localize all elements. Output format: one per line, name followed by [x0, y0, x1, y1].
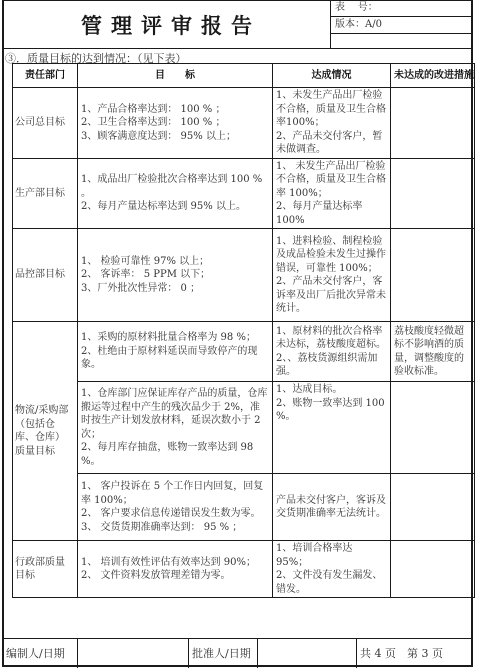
status-item: 2、产品未交付客户，客诉率及出厂后批次异常未统计。: [276, 275, 387, 316]
goal-item: 1、 培训有效性评估有效率达到 90%；: [81, 556, 269, 570]
goal-item: 1、产品合格率达到： 100 % ；: [81, 103, 269, 117]
goal-item: 1、仓库部门应保证库存产品的质量，仓库搬运等过程中产生的残次品少于 2%，准时按…: [81, 387, 269, 441]
goals-cell: 1、仓库部门应保证库存产品的质量，仓库搬运等过程中产生的残次品少于 2%，准时按…: [78, 382, 273, 474]
status-cell: 1、原材料的批次合格率未达标，荔枝酸度超标。 2、、荔枝货源组织需加强。: [273, 322, 391, 382]
header-divider: [2, 48, 473, 49]
goals-cell: 1、产品合格率达到： 100 % ； 2、卫生合格率达到： 100 % ； 3、…: [78, 88, 273, 159]
table-row: 公司总目标 1、产品合格率达到： 100 % ； 2、卫生合格率达到： 100 …: [13, 88, 475, 159]
table-row: 1、 客户投诉在 5 个工作日内回复，回复率 100%； 2、 客户要求信息传递…: [13, 474, 475, 541]
goal-item: 2、 客户要求信息传递错误发生数为零。: [81, 507, 269, 521]
table-row: 生产部目标 1、成品出厂检验批次合格率达到 100 % 。 2、每月产量达标率达…: [13, 158, 475, 229]
page-info: 共 4 页 第 3 页: [356, 639, 475, 668]
improvement-cell: [391, 229, 475, 322]
dept-cell: 公司总目标: [13, 88, 78, 159]
prepared-by-label: 编制人/日期: [2, 639, 81, 668]
signature-footer: 编制人/日期 批准人/日期 共 4 页 第 3 页: [2, 638, 473, 667]
column-header-goals: 目 标: [78, 64, 273, 88]
status-item: 1、培训合格率达 95%；: [276, 542, 387, 569]
status-item: 2、、荔枝货源组织需加强。: [276, 352, 387, 379]
goal-item: 2、杜绝由于原材料延误而导致停产的现象。: [81, 345, 269, 372]
quality-goals-table: 责任部门 目 标 达成情况 未达成的改进措施 公司总目标 1、产品合格率达到： …: [12, 63, 475, 598]
status-item: 1、原材料的批次合格率未达标，荔枝酸度超标。: [276, 325, 387, 352]
improvement-cell: [391, 541, 475, 598]
goals-cell: 1、采购的原材料批量合格率为 98 %； 2、杜绝由于原材料延误而导致停产的现象…: [78, 322, 273, 382]
dept-cell: 生产部目标: [13, 158, 78, 229]
approved-by-field[interactable]: [257, 639, 360, 668]
goal-item: 2、每月产量达标率达到 95% 以上。: [81, 200, 269, 214]
goals-cell: 1、 培训有效性评估有效率达到 90%； 2、 文件资料发放管理差错为零。: [78, 541, 273, 598]
status-cell: 1、未发生产品出厂检验不合格，质量及卫生合格率100%； 2、产品未交付客户，暂…: [273, 88, 391, 159]
status-cell: 1、培训合格率达 95%； 2、文件没有发生漏发、错发。: [273, 541, 391, 598]
table-row: 1、仓库部门应保证库存产品的质量，仓库搬运等过程中产生的残次品少于 2%，准时按…: [13, 382, 475, 474]
status-item: 2、文件没有发生漏发、错发。: [276, 569, 387, 596]
prepared-by-field[interactable]: [77, 639, 192, 668]
header-info-block: 表 号： 版本：A/0: [330, 0, 473, 49]
status-cell: 产品未交付客户，客诉及交货期准确率无法统计。: [273, 474, 391, 541]
status-item: 2、账物一致率达到 100 %。: [276, 397, 387, 424]
column-header-dept: 责任部门: [13, 64, 78, 88]
status-item: 2、产品未交付客户，暂未做调查。: [276, 130, 387, 157]
status-item: 1、达成目标。: [276, 383, 387, 397]
status-item: 1、 未发生产品出厂检验不合格，质量及卫生合格率 100%；: [276, 160, 387, 201]
table-row: 行政部质量目标 1、 培训有效性评估有效率达到 90%； 2、 文件资料发放管理…: [13, 541, 475, 598]
approved-by-label: 批准人/日期: [188, 639, 261, 668]
column-header-status: 达成情况: [273, 64, 391, 88]
table-header-row: 责任部门 目 标 达成情况 未达成的改进措施: [13, 64, 475, 88]
goals-cell: 1、 检验可靠性 97% 以上； 2、 客诉率： 5 PPM 以下； 3、厂外批…: [78, 229, 273, 322]
status-cell: 1、 未发生产品出厂检验不合格，质量及卫生合格率 100%； 2、每月产量达标率…: [273, 158, 391, 229]
table-row: 品控部目标 1、 检验可靠性 97% 以上； 2、 客诉率： 5 PPM 以下；…: [13, 229, 475, 322]
status-item: 1、未发生产品出厂检验不合格，质量及卫生合格率100%；: [276, 89, 387, 130]
status-item: 1、进料检验、制程检验及成品检验未发生过操作错误，可靠性 100%；: [276, 235, 387, 276]
goals-cell: 1、成品出厂检验批次合格率达到 100 % 。 2、每月产量达标率达到 95% …: [78, 158, 273, 229]
goals-cell: 1、 客户投诉在 5 个工作日内回复，回复率 100%； 2、 客户要求信息传递…: [78, 474, 273, 541]
goal-item: 1、 客户投诉在 5 个工作日内回复，回复率 100%；: [81, 480, 269, 507]
goal-item: 1、 检验可靠性 97% 以上；: [81, 255, 269, 269]
improvement-cell: [391, 88, 475, 159]
status-item: 产品未交付客户，客诉及交货期准确率无法统计。: [276, 494, 387, 521]
goal-item: 3、厂外批次性异常： 0 ；: [81, 282, 269, 296]
goal-item: 3、 交货货期准确率达到： 95 % ；: [81, 521, 269, 535]
improvement-cell: [391, 158, 475, 229]
dept-cell: 品控部目标: [13, 229, 78, 322]
status-cell: 1、达成目标。 2、账物一致率达到 100 %。: [273, 382, 391, 474]
goal-item: 2、卫生合格率达到： 100 % ；: [81, 116, 269, 130]
goal-item: 2、 文件资料发放管理差错为零。: [81, 569, 269, 583]
improvement-cell: 荔枝酸度轻微超标不影响酒的质量，调整酸度的验收标准。: [391, 322, 475, 382]
dept-cell: 物流/采购部（包括仓库、仓库）质量目标: [13, 322, 78, 541]
goal-item: 3、顾客满意度达到： 95% 以上；: [81, 130, 269, 144]
table-row: 物流/采购部（包括仓库、仓库）质量目标 1、采购的原材料批量合格率为 98 %；…: [13, 322, 475, 382]
column-header-improvement: 未达成的改进措施: [391, 64, 475, 88]
status-cell: 1、进料检验、制程检验及成品检验未发生过操作错误，可靠性 100%； 2、产品未…: [273, 229, 391, 322]
form-number-label: 表 号：: [331, 0, 473, 17]
goal-item: 1、采购的原材料批量合格率为 98 %；: [81, 331, 269, 345]
version-label: 版本：A/0: [331, 17, 473, 34]
document-title: 管理评审报告: [2, 0, 330, 49]
goal-item: 2、每月库存抽盘，账物一致率达到 98 %。: [81, 441, 269, 468]
improvement-cell: [391, 474, 475, 541]
dept-cell: 行政部质量目标: [13, 541, 78, 598]
goal-item: 1、成品出厂检验批次合格率达到 100 % 。: [81, 173, 269, 200]
improvement-cell: [391, 382, 475, 474]
status-item: 2、每月产量达标率 100%: [276, 200, 387, 227]
goal-item: 2、 客诉率： 5 PPM 以下；: [81, 268, 269, 282]
